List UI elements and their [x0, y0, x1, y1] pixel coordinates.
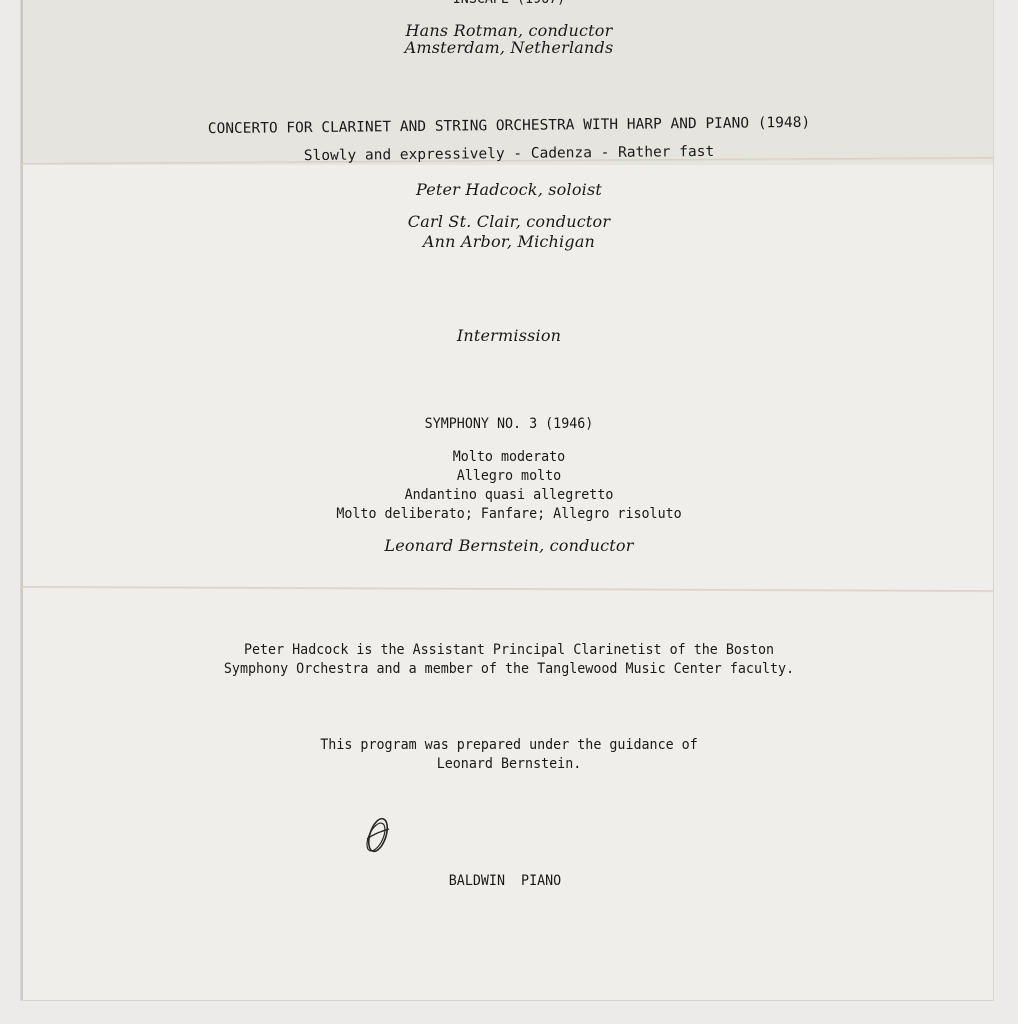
fold-line-lower: [21, 586, 993, 592]
registered-mark-logo-icon: [361, 813, 393, 857]
left-edge-crease: [21, 0, 23, 1000]
sponsor-line: BALDWIN PIANO: [37, 873, 974, 889]
inscape-location: Amsterdam, Netherlands: [0, 38, 1018, 57]
guidance-line-1: This program was prepared under the guid…: [41, 737, 978, 753]
symphony-movement-4: Molto deliberato; Fanfare; Allegro risol…: [41, 506, 978, 522]
symphony-title: SYMPHONY NO. 3 (1946): [41, 416, 978, 432]
concerto-soloist: Peter Hadcock, soloist: [0, 180, 1018, 199]
bio-line-2: Symphony Orchestra and a member of the T…: [41, 661, 978, 677]
bio-line-1: Peter Hadcock is the Assistant Principal…: [41, 642, 978, 658]
concerto-location: Ann Arbor, Michigan: [0, 232, 1018, 251]
symphony-movement-1: Molto moderato: [41, 449, 978, 465]
symphony-conductor: Leonard Bernstein, conductor: [0, 536, 1018, 555]
intermission-label: Intermission: [0, 326, 1018, 345]
symphony-movement-3: Andantino quasi allegretto: [41, 487, 978, 503]
inscape-title: INSCAPE (1967): [41, 0, 978, 7]
guidance-line-2: Leonard Bernstein.: [41, 756, 978, 772]
symphony-movement-2: Allegro molto: [41, 468, 978, 484]
concerto-conductor: Carl St. Clair, conductor: [0, 212, 1018, 231]
